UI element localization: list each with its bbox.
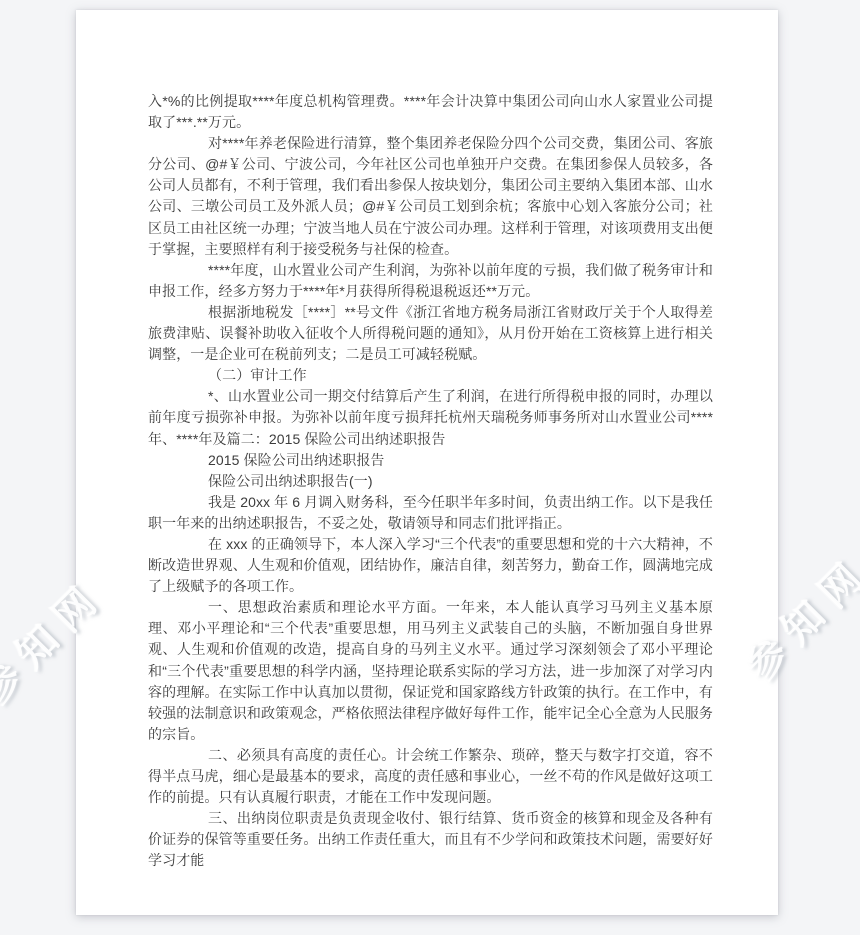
document-paragraph: 一、思想政治素质和理论水平方面。一年来，本人能认真学习马列主义基本原理、邓小平理… <box>148 597 713 745</box>
document-subtitle: 2015 保险公司出纳述职报告 <box>148 450 713 471</box>
document-text-body: 入*%的比例提取****年度总机构管理费。****年会计决算中集团公司向山水人家… <box>148 10 713 871</box>
document-paragraph: 三、出纳岗位职责是负责现金收付、银行结算、货币资金的核算和现金及各种有价证券的保… <box>148 808 713 871</box>
document-paragraph: 在 xxx 的正确领导下，本人深入学习“三个代表”的重要思想和党的十六大精神，不… <box>148 534 713 597</box>
document-page: 入*%的比例提取****年度总机构管理费。****年会计决算中集团公司向山水人家… <box>76 10 778 915</box>
document-viewer-background: 入*%的比例提取****年度总机构管理费。****年会计决算中集团公司向山水人家… <box>0 0 860 935</box>
document-subtitle: 保险公司出纳述职报告(一) <box>148 471 713 492</box>
document-paragraph: 对****年养老保险进行清算，整个集团养老保险分四个公司交费，集团公司、客旅分公… <box>148 133 713 260</box>
document-paragraph: *、山水置业公司一期交付结算后产生了利润，在进行所得税申报的同时，办理以前年度亏… <box>148 386 713 449</box>
document-paragraph: 我是 20xx 年 6 月调入财务科，至今任职半年多时间，负责出纳工作。以下是我… <box>148 492 713 534</box>
document-paragraph: ****年度，山水置业公司产生利润，为弥补以前年度的亏损，我们做了税务审计和申报… <box>148 260 713 302</box>
document-paragraph: 入*%的比例提取****年度总机构管理费。****年会计决算中集团公司向山水人家… <box>148 91 713 133</box>
document-paragraph: 根据浙地税发［****］**号文件《浙江省地方税务局浙江省财政厅关于个人取得差旅… <box>148 302 713 365</box>
document-paragraph: 二、必须具有高度的责任心。计会统工作繁杂、琐碎，整天与数字打交道，容不得半点马虎… <box>148 745 713 808</box>
document-section-heading: （二）审计工作 <box>148 365 713 386</box>
